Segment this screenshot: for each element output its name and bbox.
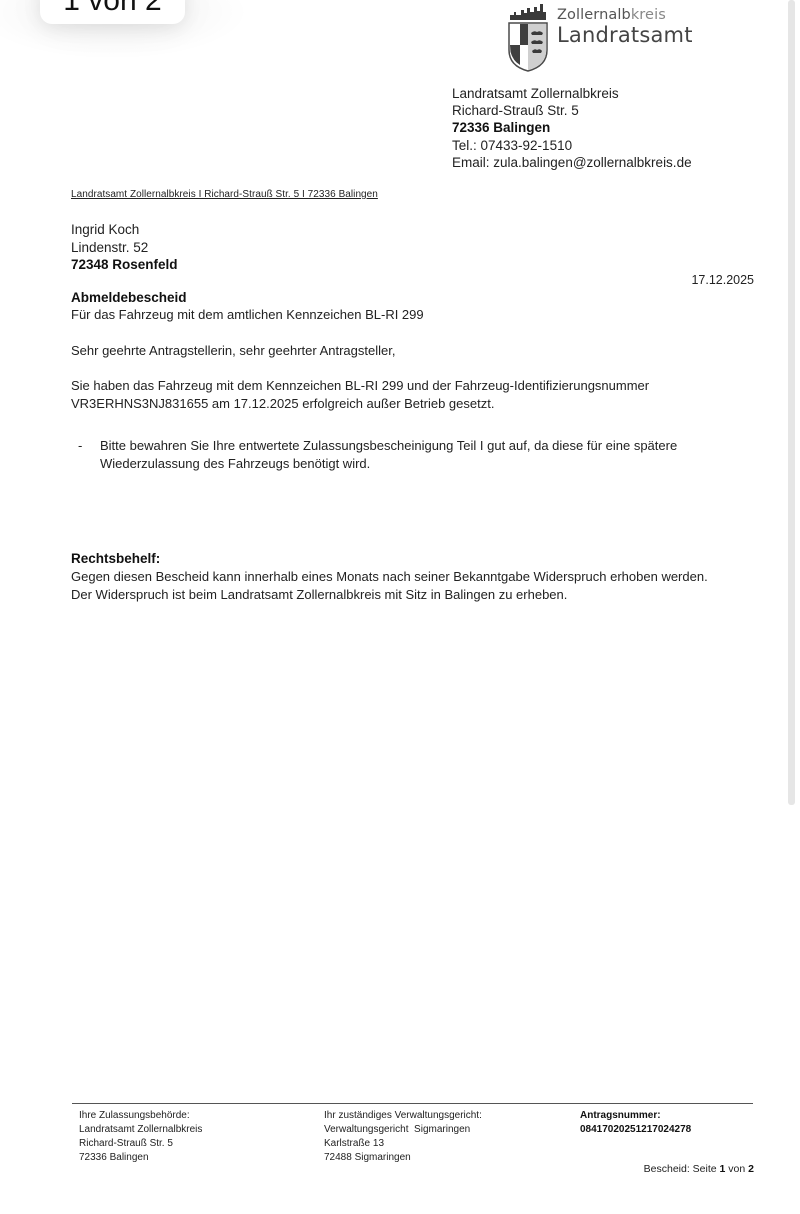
sender-city: 72336 Balingen — [452, 119, 692, 136]
return-address: Landratsamt Zollernalbkreis I Richard-St… — [71, 189, 378, 200]
list-item: - Bitte bewahren Sie Ihre entwertete Zul… — [78, 437, 768, 473]
sender-email: Email: zula.balingen@zollernalbkreis.de — [452, 154, 692, 171]
scrollbar[interactable] — [788, 0, 795, 805]
body-line: VR3ERHNS3NJ831655 am 17.12.2025 erfolgre… — [71, 395, 771, 413]
page-number: Bescheid: Seite 1 von 2 — [644, 1163, 754, 1175]
recipient-street: Lindenstr. 52 — [71, 239, 178, 257]
logo-district: Zollernalbkreis — [557, 7, 693, 23]
legal-remedy-title: Rechtsbehelf: — [71, 551, 160, 566]
footer-divider — [72, 1103, 753, 1104]
subject-line: Für das Fahrzeug mit dem amtlichen Kennz… — [71, 307, 424, 322]
footer-application-number: Antragsnummer: 08417020251217024278 — [580, 1109, 691, 1137]
recipient-city: 72348 Rosenfeld — [71, 256, 178, 274]
coat-of-arms-icon — [507, 4, 549, 72]
body-paragraph: Sie haben das Fahrzeug mit dem Kennzeich… — [71, 377, 771, 412]
subject-title: Abmeldebescheid — [71, 290, 187, 305]
body-line: Sie haben das Fahrzeug mit dem Kennzeich… — [71, 377, 771, 395]
logo-text: Zollernalbkreis Landratsamt — [557, 7, 693, 47]
salutation: Sehr geehrte Antragstellerin, sehr geehr… — [71, 343, 395, 358]
page-indicator: 1 von 2 — [40, 0, 185, 24]
logo: Zollernalbkreis Landratsamt — [507, 4, 693, 72]
sender-name: Landratsamt Zollernalbkreis — [452, 85, 692, 102]
sender-address: Landratsamt Zollernalbkreis Richard-Stra… — [452, 85, 692, 171]
bullet-text: Bitte bewahren Sie Ihre entwertete Zulas… — [100, 437, 768, 473]
bullet-dash: - — [78, 437, 100, 473]
letter-date: 17.12.2025 — [691, 273, 754, 287]
logo-authority: Landratsamt — [557, 23, 693, 47]
footer-court: Ihr zuständiges Verwaltungsgericht: Verw… — [324, 1109, 482, 1165]
legal-remedy-text: Gegen diesen Bescheid kann innerhalb ein… — [71, 568, 771, 603]
recipient-name: Ingrid Koch — [71, 221, 178, 239]
sender-street: Richard-Strauß Str. 5 — [452, 102, 692, 119]
footer-authority: Ihre Zulassungsbehörde: Landratsamt Zoll… — [79, 1109, 202, 1165]
sender-phone: Tel.: 07433-92-1510 — [452, 137, 692, 154]
recipient-address: Ingrid Koch Lindenstr. 52 72348 Rosenfel… — [71, 221, 178, 274]
